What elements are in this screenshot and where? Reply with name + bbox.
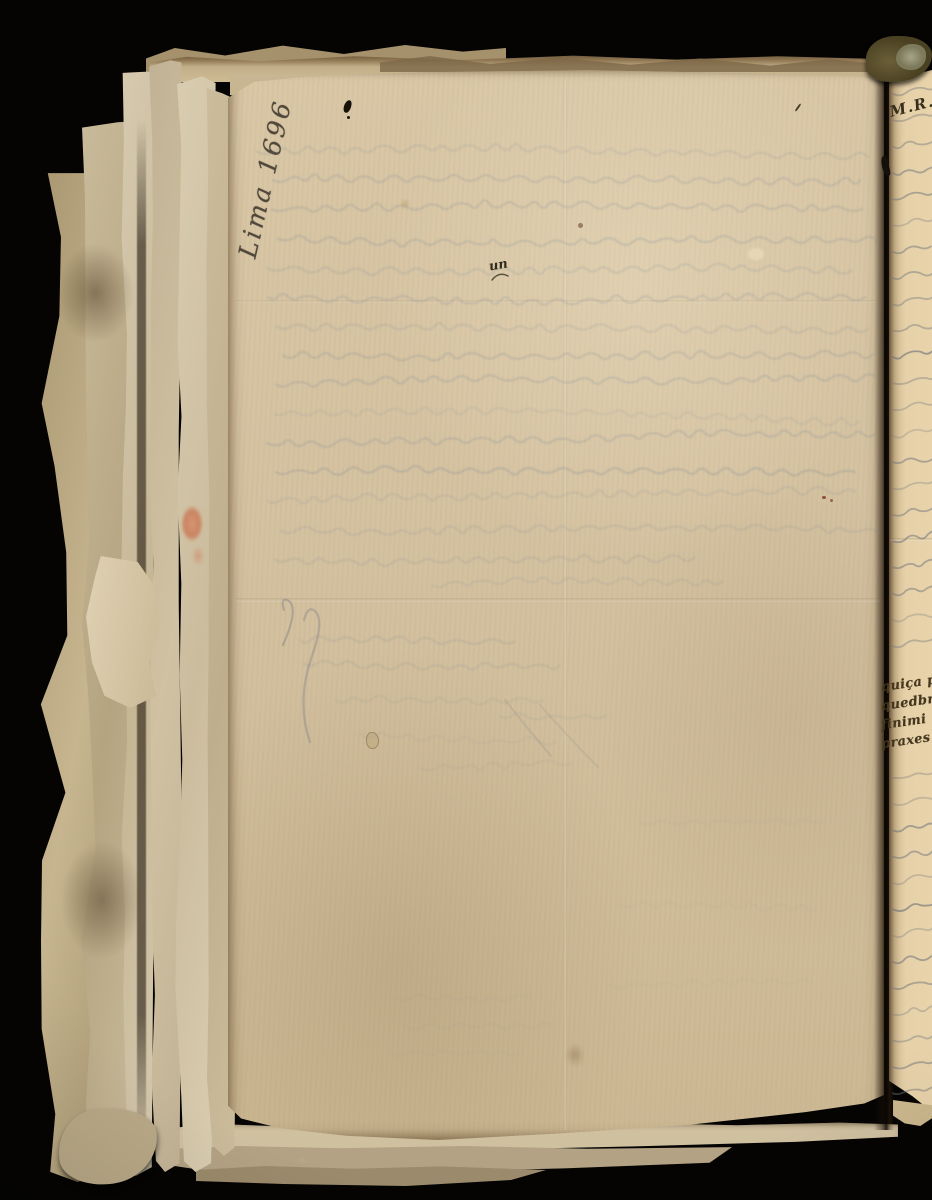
paper-freckle — [398, 196, 412, 212]
fold-crease-vertical — [563, 80, 567, 1130]
ink-mark-un: un — [488, 256, 509, 274]
gutter-shadow — [874, 70, 894, 1130]
manuscript-photo: Lima 1696 un M.R.L quiça po quedbro fini… — [0, 0, 932, 1200]
ink-flick — [795, 103, 802, 112]
ink-speck — [347, 116, 350, 119]
next-page-fold-crease — [890, 538, 932, 541]
torn-recess — [52, 238, 138, 348]
paper-blemish — [366, 732, 379, 749]
red-speck — [822, 496, 826, 499]
binding-remnant-highlight — [896, 44, 926, 70]
fold-crease-horizontal — [236, 598, 880, 602]
paper-flaw-light — [748, 248, 764, 260]
fold-crease-horizontal — [236, 300, 876, 303]
bottom-page-edge — [196, 1166, 546, 1186]
red-speck — [830, 499, 833, 502]
year-inscription: Lima 1696 — [233, 97, 298, 261]
brown-smudge — [563, 1040, 587, 1070]
red-stain-tail — [190, 543, 206, 569]
ink-speck — [342, 99, 352, 113]
next-page-text-fragments: quiça po quedbro finimi praxes — [881, 674, 932, 750]
torn-recess — [56, 834, 148, 966]
next-page-strip — [889, 70, 932, 1112]
manuscript-page: Lima 1696 un — [228, 68, 884, 1140]
paper-spot — [578, 223, 583, 228]
